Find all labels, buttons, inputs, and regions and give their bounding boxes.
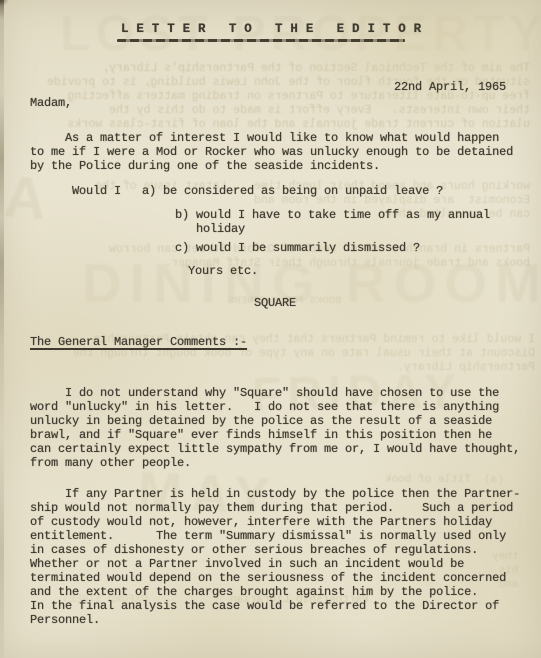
- question-option-c: c) would I be summarily dismissed ?: [175, 241, 420, 255]
- title-underline: [117, 39, 405, 42]
- letter-date: 22nd April, 1965: [394, 80, 506, 94]
- comments-paragraph-2: If any Partner is held in custody by the…: [30, 487, 520, 627]
- salutation: Madam,: [30, 96, 72, 110]
- signature: SQUARE: [254, 296, 296, 310]
- comments-heading: The General Manager Comments :-: [30, 335, 247, 349]
- letter-title: L E T T E R T O T H E E D I T O R: [121, 22, 421, 36]
- closing: Yours etc.: [188, 264, 258, 278]
- bleed-through-text: (a) Title of book: [385, 473, 504, 487]
- comments-paragraph-1: I do not understand why "Square" should …: [30, 386, 520, 470]
- bleed-through-text: A: [2, 169, 48, 230]
- letter-page: LOST PROPERTYThe aim of the Technical Se…: [0, 0, 541, 658]
- letter-paragraph-1: As a matter of interest I would like to …: [30, 131, 513, 173]
- comments-heading-text: The General Manager Comments :-: [30, 335, 247, 349]
- bleed-through-text: DINING ROOM: [82, 256, 541, 311]
- bleed-through-text: The aim of the Technical Section of the …: [15, 62, 530, 132]
- question-option-a: Would I a) be considered as being on unp…: [30, 184, 443, 198]
- question-option-b: b) would I have to take time off as my a…: [175, 208, 490, 236]
